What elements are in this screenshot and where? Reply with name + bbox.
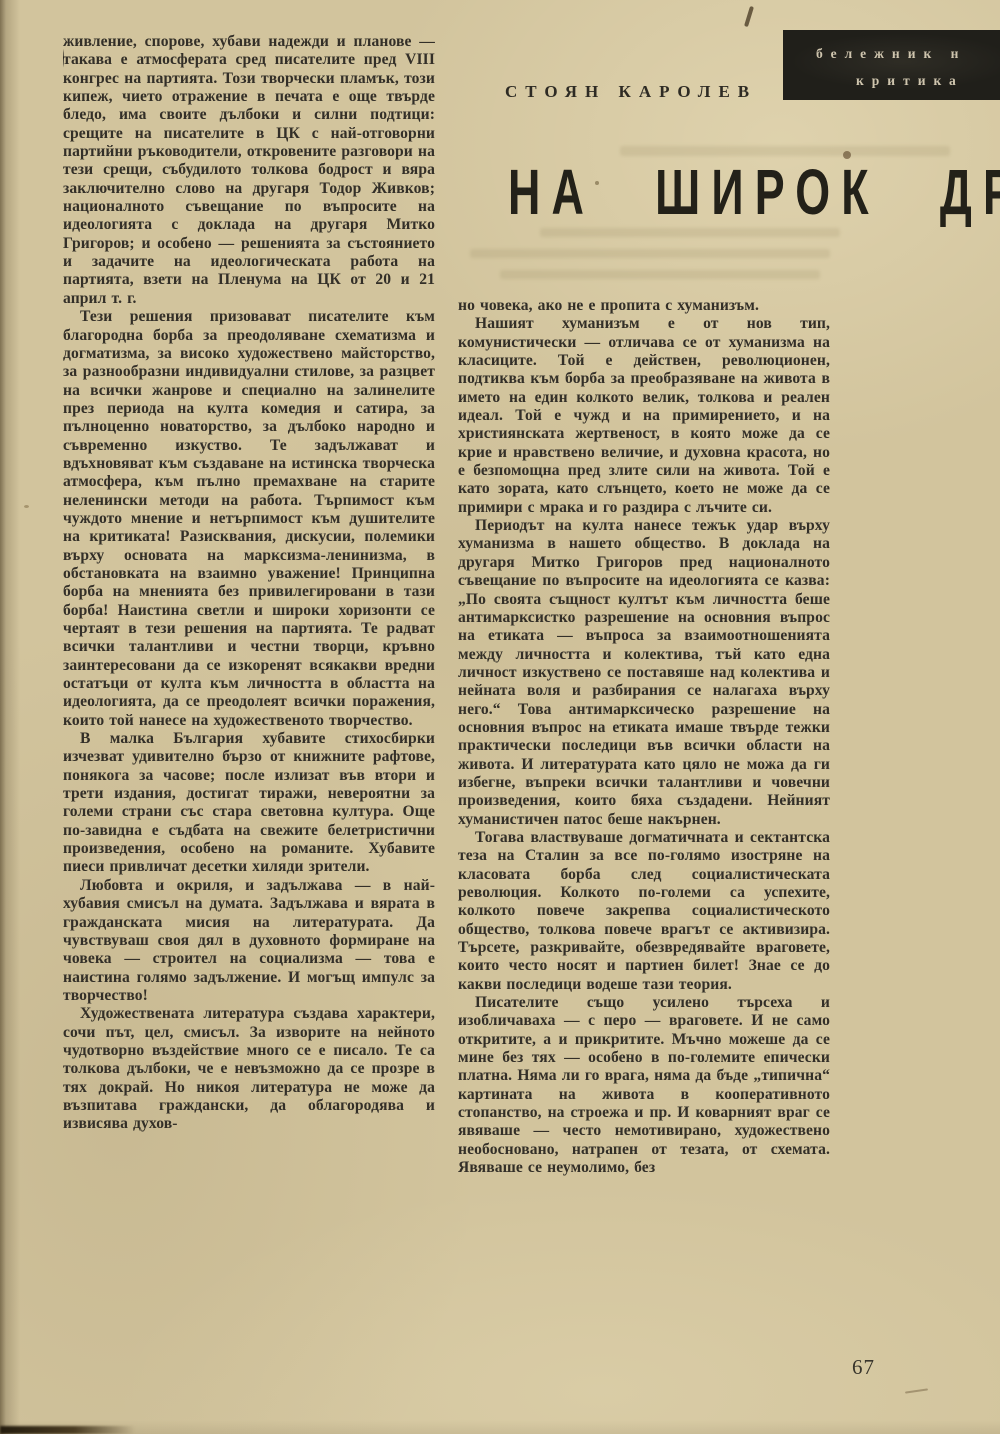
rubric-label-line2: критика <box>856 73 964 89</box>
pen-mark <box>744 6 754 27</box>
paragraph: но човека, ако не е пропита с хуманизъм. <box>458 297 830 315</box>
rubric-label-line1: бележник н <box>816 46 966 62</box>
ink-dot <box>843 151 851 159</box>
paragraph: В малка България хубавите стихосбирки из… <box>63 730 435 877</box>
paragraph: Оживление, спорове, хубави надежди и пла… <box>63 33 435 308</box>
scratch-mark <box>905 1388 928 1393</box>
paragraph: Нашият хуманизъм е от нов тип, комунисти… <box>458 315 830 517</box>
paragraph: Тези решения призовават писателите към б… <box>63 308 435 730</box>
paragraph: Художествената литература създава характ… <box>63 1005 435 1133</box>
right-text-column: но човека, ако не е пропита с хуманизъм.… <box>458 297 830 1409</box>
page-number: 67 <box>852 1355 875 1380</box>
show-through-text <box>500 270 820 279</box>
paragraph: Писателите също усилено търсеха и изобли… <box>458 994 830 1177</box>
left-text-column: Оживление, спорове, хубави надежди и пла… <box>63 33 435 1389</box>
magazine-page-scan: бележник н критика СТОЯН КАРОЛЕВ НА ШИРО… <box>0 0 1000 1434</box>
paragraph: Тогава властвуваше догматичната и сектан… <box>458 829 830 994</box>
show-through-text <box>470 249 830 258</box>
paper-speck <box>24 505 29 508</box>
show-through-text <box>540 228 840 237</box>
author-name: СТОЯН КАРОЛЕВ <box>505 82 757 102</box>
scan-edge-shadow <box>0 1426 135 1434</box>
paragraph: Периодът на култа нанесе тежък удар върх… <box>458 517 830 829</box>
article-title: НА ШИРОК ДРУ <box>508 160 1000 224</box>
rubric-box: бележник н критика <box>783 30 1000 100</box>
show-through-text <box>620 146 950 156</box>
ink-dot-small <box>595 181 599 185</box>
drop-cap: О <box>63 34 66 84</box>
paragraph: Любовта и окриля, и задължава — в най-ху… <box>63 877 435 1005</box>
